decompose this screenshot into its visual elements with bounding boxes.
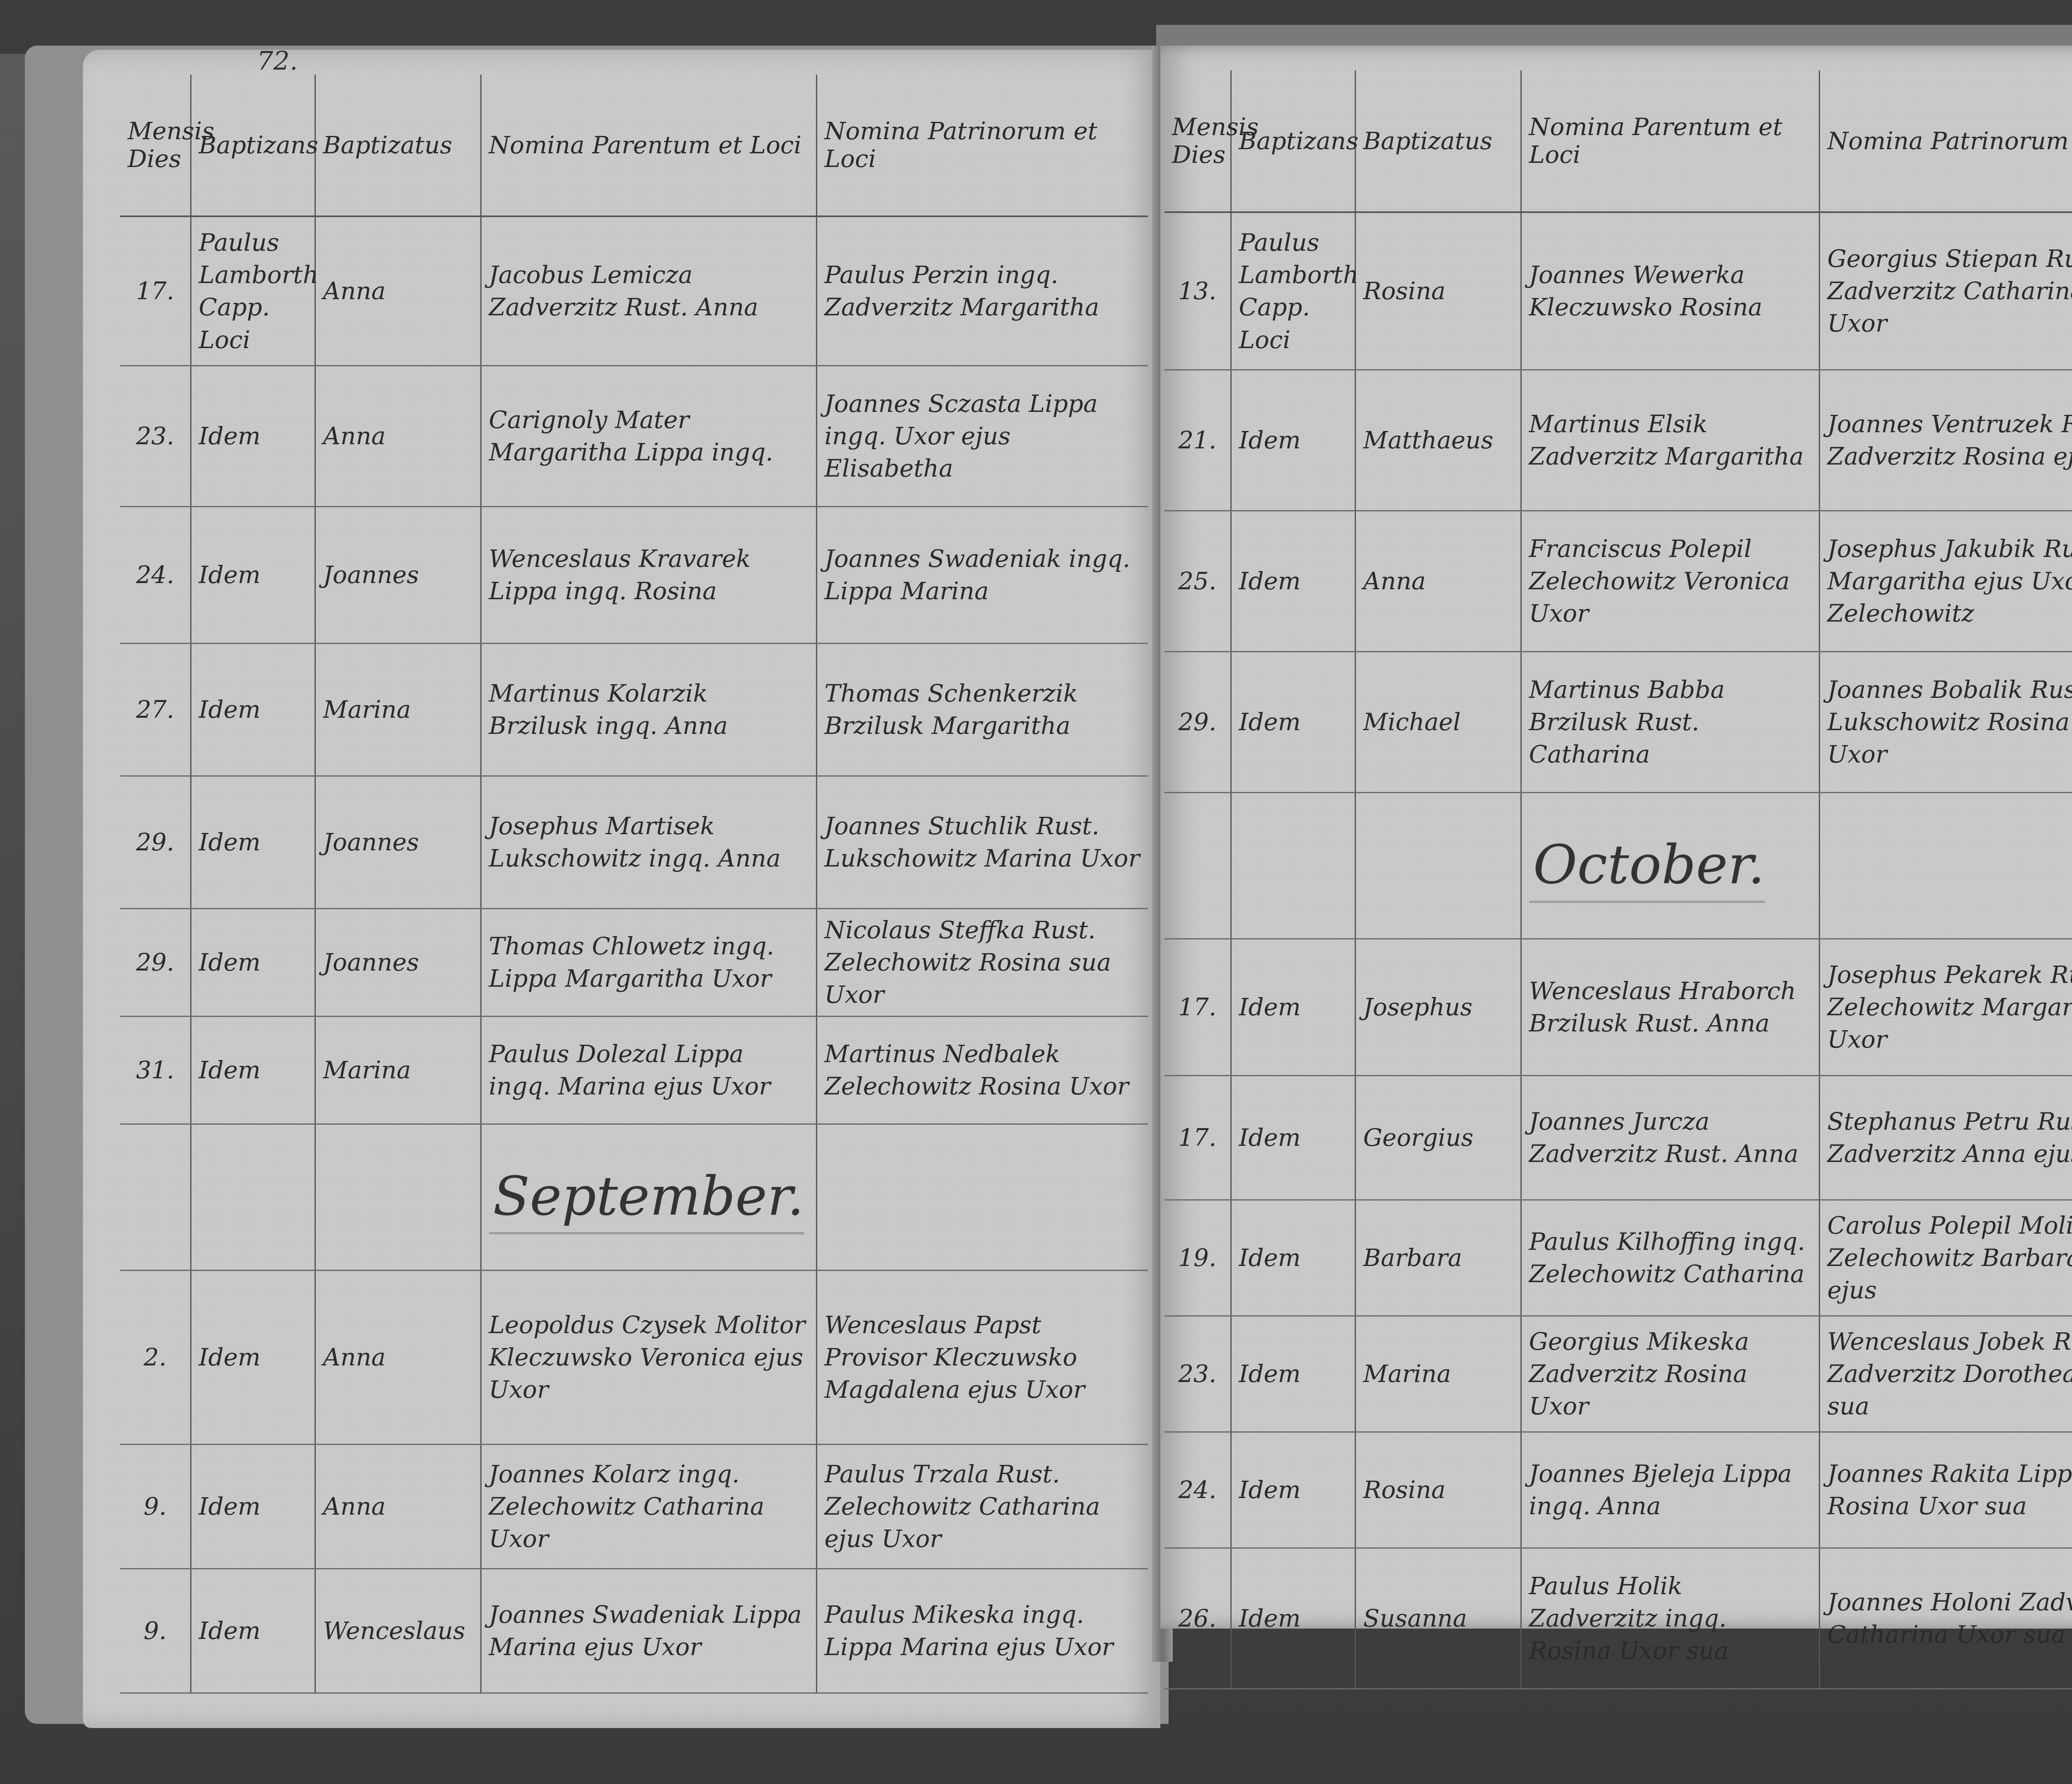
register-entry: 17. Paulus Lamborth Capp. Loci Anna Jaco… xyxy=(120,216,1148,366)
entry-day: 24. xyxy=(1164,1432,1231,1548)
register-entry: 24. Idem Joannes Wenceslaus Kravarek Lip… xyxy=(120,506,1148,643)
entry-baptizans: Idem xyxy=(191,506,315,643)
entry-baptizans: Idem xyxy=(191,1569,315,1693)
register-entry: 17. Idem Georgius Joannes Jurcza Zadverz… xyxy=(1164,1075,2072,1200)
entry-parents: Thomas Chlowetz ingq. Lippa Margaritha U… xyxy=(481,908,816,1016)
entry-godparents: Joannes Bobalik Rust. Lukschowitz Rosina… xyxy=(1819,651,2072,792)
entry-godparents: Joannes Rakita Lippa ingq. Rosina Uxor s… xyxy=(1819,1432,2072,1548)
header-baptizatus: Baptizatus xyxy=(315,75,481,216)
entry-day: 25. xyxy=(1164,511,1231,651)
entry-parents: Martinus Elsik Zadverzitz Margaritha xyxy=(1521,370,1819,511)
entry-day: 2. xyxy=(120,1270,191,1444)
month-heading-row: September. xyxy=(120,1124,1148,1270)
header-baptizatus: Baptizatus xyxy=(1355,70,1521,212)
header-row: Mensis Dies Baptizans Baptizatus Nomina … xyxy=(120,75,1148,216)
entry-baptizans: Idem xyxy=(1231,511,1355,651)
entry-day: 23. xyxy=(1164,1316,1231,1432)
entry-child: Susanna xyxy=(1355,1548,1521,1689)
entry-parents: Leopoldus Czysek Molitor Kleczuwsko Vero… xyxy=(481,1270,816,1444)
register-entry: 29. Idem Michael Martinus Babba Brzilusk… xyxy=(1164,651,2072,792)
register-entry: 31. Idem Marina Paulus Dolezal Lippa ing… xyxy=(120,1016,1148,1124)
entry-godparents: Wenceslaus Jobek Rust. Zadverzitz Doroth… xyxy=(1819,1316,2072,1432)
entry-baptizans: Idem xyxy=(1231,939,1355,1075)
register-entry: 21. Idem Matthaeus Martinus Elsik Zadver… xyxy=(1164,370,2072,511)
entry-parents: Joannes Bjeleja Lippa ingq. Anna xyxy=(1521,1432,1819,1548)
entry-godparents: Wenceslaus Papst Provisor Kleczuwsko Mag… xyxy=(816,1270,1148,1444)
entry-godparents: Martinus Nedbalek Zelechowitz Rosina Uxo… xyxy=(816,1016,1148,1124)
entry-parents: Josephus Martisek Lukschowitz ingq. Anna xyxy=(481,776,816,908)
entry-child: Josephus xyxy=(1355,939,1521,1075)
entry-godparents: Stephanus Petru Rust. Zadverzitz Anna ej… xyxy=(1819,1075,2072,1200)
entry-baptizans: Idem xyxy=(191,908,315,1016)
entry-godparents: Josephus Pekarek Rust. Zelechowitz Marga… xyxy=(1819,939,2072,1075)
entry-child: Marina xyxy=(1355,1316,1521,1432)
register-entry: 19. Idem Barbara Paulus Kilhoffing ingq.… xyxy=(1164,1200,2072,1316)
entry-day: 24. xyxy=(120,506,191,643)
month-heading: September. xyxy=(489,1160,804,1235)
register-entry: 17. Idem Josephus Wenceslaus Hraborch Br… xyxy=(1164,939,2072,1075)
entry-godparents: Paulus Mikeska ingq. Lippa Marina ejus U… xyxy=(816,1569,1148,1693)
entry-child: Rosina xyxy=(1355,1432,1521,1548)
entry-child: Anna xyxy=(315,1444,481,1569)
entry-parents: Joannes Swadeniak Lippa Marina ejus Uxor xyxy=(481,1569,816,1693)
entry-parents: Georgius Mikeska Zadverzitz Rosina Uxor xyxy=(1521,1316,1819,1432)
entry-godparents: Nicolaus Steffka Rust. Zelechowitz Rosin… xyxy=(816,908,1148,1016)
header-godparents: Nomina Patrinorum et Loci xyxy=(816,75,1148,216)
register-entry: 23. Idem Anna Carignoly Mater Margaritha… xyxy=(120,366,1148,506)
entry-godparents: Joannes Stuchlik Rust. Lukschowitz Marin… xyxy=(816,776,1148,908)
entry-godparents: Joannes Holoni Zadverzitz Catharina Uxor… xyxy=(1819,1548,2072,1689)
entry-child: Anna xyxy=(1355,511,1521,651)
entry-day: 9. xyxy=(120,1444,191,1569)
entry-day: 13. xyxy=(1164,212,1231,370)
entry-parents: Joannes Kolarz ingq. Zelechowitz Cathari… xyxy=(481,1444,816,1569)
register-entry: 29. Idem Joannes Thomas Chlowetz ingq. L… xyxy=(120,908,1148,1016)
entry-parents: Joannes Jurcza Zadverzitz Rust. Anna xyxy=(1521,1075,1819,1200)
page-number: 72. xyxy=(257,46,298,76)
entry-child: Rosina xyxy=(1355,212,1521,370)
register-entry: 24. Idem Rosina Joannes Bjeleja Lippa in… xyxy=(1164,1432,2072,1548)
entry-godparents: Thomas Schenkerzik Brzilusk Margaritha xyxy=(816,643,1148,776)
register-entry: 27. Idem Marina Martinus Kolarzik Brzilu… xyxy=(120,643,1148,776)
entry-parents: Martinus Babba Brzilusk Rust. Catharina xyxy=(1521,651,1819,792)
register-entry: 23. Idem Marina Georgius Mikeska Zadverz… xyxy=(1164,1316,2072,1432)
entry-child: Joannes xyxy=(315,776,481,908)
entry-godparents: Paulus Perzin ingq. Zadverzitz Margarith… xyxy=(816,216,1148,366)
header-parents: Nomina Parentum et Loci xyxy=(1521,70,1819,212)
entry-parents: Jacobus Lemicza Zadverzitz Rust. Anna xyxy=(481,216,816,366)
header-day: Mensis Dies xyxy=(1164,70,1231,212)
register-entry: 9. Idem Wenceslaus Joannes Swadeniak Lip… xyxy=(120,1569,1148,1693)
register-table-right: Mensis Dies Baptizans Baptizatus Nomina … xyxy=(1164,70,2072,1690)
entry-child: Georgius xyxy=(1355,1075,1521,1200)
right-page: 73. Mensis Dies Baptizans Baptizatus Nom… xyxy=(1160,46,2072,1629)
entry-baptizans: Idem xyxy=(1231,1316,1355,1432)
entry-godparents: Carolus Polepil Molitor Zelechowitz Barb… xyxy=(1819,1200,2072,1316)
entry-baptizans: Idem xyxy=(1231,1548,1355,1689)
entry-day: 17. xyxy=(1164,939,1231,1075)
month-heading-row: October. xyxy=(1164,792,2072,939)
header-day: Mensis Dies xyxy=(120,75,191,216)
entry-godparents: Paulus Trzala Rust. Zelechowitz Catharin… xyxy=(816,1444,1148,1569)
entry-parents: Paulus Holik Zadverzitz ingq. Rosina Uxo… xyxy=(1521,1548,1819,1689)
header-godparents: Nomina Patrinorum et Loci xyxy=(1819,70,2072,212)
header-baptizans: Baptizans xyxy=(1231,70,1355,212)
entry-baptizans: Idem xyxy=(1231,1432,1355,1548)
entry-baptizans: Idem xyxy=(1231,651,1355,792)
entry-baptizans: Idem xyxy=(191,1270,315,1444)
entry-parents: Franciscus Polepil Zelechowitz Veronica … xyxy=(1521,511,1819,651)
register-table-left: Mensis Dies Baptizans Baptizatus Nomina … xyxy=(120,75,1148,1694)
entry-parents: Carignoly Mater Margaritha Lippa ingq. xyxy=(481,366,816,506)
entry-child: Wenceslaus xyxy=(315,1569,481,1693)
register-entry: 13. Paulus Lamborth Capp. Loci Rosina Jo… xyxy=(1164,212,2072,370)
entry-day: 29. xyxy=(120,908,191,1016)
register-entry: 9. Idem Anna Joannes Kolarz ingq. Zelech… xyxy=(120,1444,1148,1569)
entry-baptizans: Idem xyxy=(191,643,315,776)
entry-parents: Paulus Dolezal Lippa ingq. Marina ejus U… xyxy=(481,1016,816,1124)
entry-day: 21. xyxy=(1164,370,1231,511)
entry-day: 29. xyxy=(120,776,191,908)
entry-child: Marina xyxy=(315,1016,481,1124)
register-entry: 2. Idem Anna Leopoldus Czysek Molitor Kl… xyxy=(120,1270,1148,1444)
entry-child: Anna xyxy=(315,366,481,506)
entry-child: Matthaeus xyxy=(1355,370,1521,511)
left-page: 72. Mensis Dies Baptizans Baptizatus Nom… xyxy=(83,50,1160,1728)
register-entry: 29. Idem Joannes Josephus Martisek Luksc… xyxy=(120,776,1148,908)
header-row: Mensis Dies Baptizans Baptizatus Nomina … xyxy=(1164,70,2072,212)
entry-baptizans: Idem xyxy=(191,776,315,908)
entry-godparents: Georgius Stiepan Rust. Zadverzitz Cathar… xyxy=(1819,212,2072,370)
entry-day: 31. xyxy=(120,1016,191,1124)
entry-baptizans: Idem xyxy=(191,366,315,506)
register-entry: 25. Idem Anna Franciscus Polepil Zelecho… xyxy=(1164,511,2072,651)
entry-parents: Wenceslaus Hraborch Brzilusk Rust. Anna xyxy=(1521,939,1819,1075)
entry-baptizans: Idem xyxy=(1231,370,1355,511)
entry-parents: Paulus Kilhoffing ingq. Zelechowitz Cath… xyxy=(1521,1200,1819,1316)
entry-day: 19. xyxy=(1164,1200,1231,1316)
entry-child: Joannes xyxy=(315,908,481,1016)
entry-day: 9. xyxy=(120,1569,191,1693)
entry-day: 27. xyxy=(120,643,191,776)
entry-godparents: Josephus Jakubik Rust. Margaritha ejus U… xyxy=(1819,511,2072,651)
entry-baptizans: Paulus Lamborth Capp. Loci xyxy=(191,216,315,366)
entry-child: Barbara xyxy=(1355,1200,1521,1316)
register-entry: 26. Idem Susanna Paulus Holik Zadverzitz… xyxy=(1164,1548,2072,1689)
entry-child: Marina xyxy=(315,643,481,776)
entry-baptizans: Idem xyxy=(191,1016,315,1124)
header-parents: Nomina Parentum et Loci xyxy=(481,75,816,216)
entry-day: 23. xyxy=(120,366,191,506)
entry-godparents: Joannes Swadeniak ingq. Lippa Marina xyxy=(816,506,1148,643)
entry-godparents: Joannes Ventruzek Rust. Zadverzitz Rosin… xyxy=(1819,370,2072,511)
entry-parents: Joannes Wewerka Kleczuwsko Rosina xyxy=(1521,212,1819,370)
month-heading: October. xyxy=(1529,828,1765,903)
entry-godparents: Joannes Sczasta Lippa ingq. Uxor ejus El… xyxy=(816,366,1148,506)
entry-day: 26. xyxy=(1164,1548,1231,1689)
entry-baptizans: Paulus Lamborth Capp. Loci xyxy=(1231,212,1355,370)
header-baptizans: Baptizans xyxy=(191,75,315,216)
entry-baptizans: Idem xyxy=(191,1444,315,1569)
entry-parents: Martinus Kolarzik Brzilusk ingq. Anna xyxy=(481,643,816,776)
entry-child: Michael xyxy=(1355,651,1521,792)
entry-child: Anna xyxy=(315,1270,481,1444)
entry-day: 17. xyxy=(1164,1075,1231,1200)
entry-child: Joannes xyxy=(315,506,481,643)
entry-day: 29. xyxy=(1164,651,1231,792)
entry-baptizans: Idem xyxy=(1231,1200,1355,1316)
entry-parents: Wenceslaus Kravarek Lippa ingq. Rosina xyxy=(481,506,816,643)
entry-baptizans: Idem xyxy=(1231,1075,1355,1200)
entry-day: 17. xyxy=(120,216,191,366)
entry-child: Anna xyxy=(315,216,481,366)
